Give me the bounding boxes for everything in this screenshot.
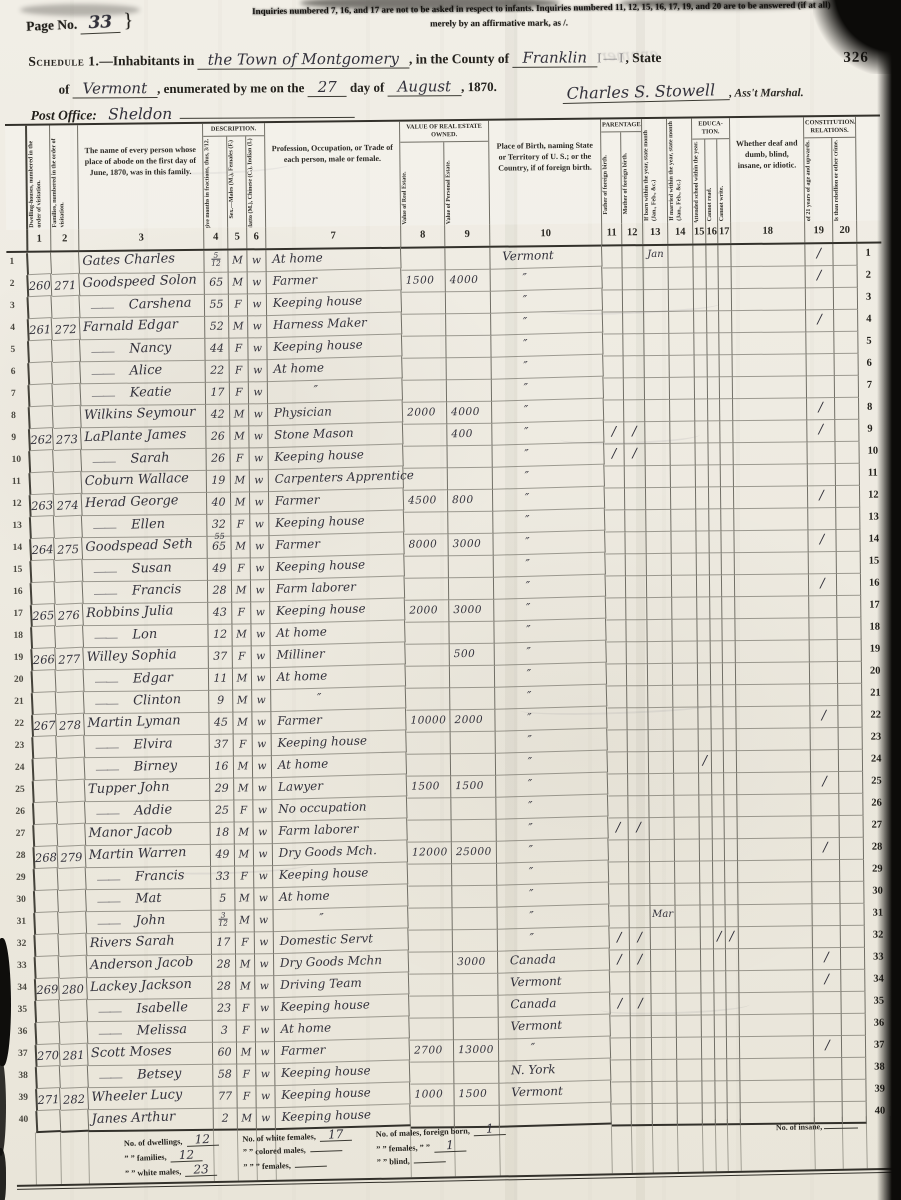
cell-c18 <box>733 442 807 465</box>
cell-real-estate <box>403 380 447 402</box>
cell-c11 <box>605 532 625 554</box>
cell-real-estate: 1000 <box>410 1084 454 1106</box>
line-number-left: 6 <box>8 363 28 385</box>
cell-age: 52 <box>205 317 229 339</box>
footer-column-line <box>61 1132 90 1185</box>
cell-birthplace: ″ <box>496 773 609 798</box>
header-male-citizens-denied: Male Citizens of U. S. of 21 years of ag… <box>832 138 857 222</box>
cell-c16 <box>715 1015 727 1037</box>
cell-name: ——Elvira <box>85 735 210 758</box>
cell-c14 <box>674 752 699 774</box>
cell-color: w <box>255 954 274 976</box>
cell-c14 <box>674 730 699 752</box>
person-name: Edgar <box>133 668 174 686</box>
cell-c18 <box>733 376 807 399</box>
cell-c15 <box>699 729 712 751</box>
column-number: 7 <box>266 226 401 248</box>
cell-c18 <box>732 288 806 311</box>
fraction-bottom: 12 <box>218 920 228 927</box>
cell-c20 <box>837 552 861 574</box>
cell-personal-estate <box>449 556 494 578</box>
cell-birthplace: ″ <box>494 641 607 666</box>
cell-c16 <box>711 707 723 729</box>
cell-c18 <box>735 596 809 619</box>
cell-c15 <box>702 1081 715 1103</box>
cell-color: w <box>255 976 274 998</box>
cell-c17 <box>723 663 736 685</box>
header-occupation: Profession, Occupation, or Trade of each… <box>265 122 401 227</box>
cell-family: 281 <box>60 1044 89 1067</box>
cell-c18 <box>732 310 806 333</box>
census-table: Dwelling-houses, numbered in the order o… <box>5 115 891 1187</box>
cell-c20 <box>836 530 860 552</box>
cell-name: ——Betsey <box>88 1065 213 1088</box>
cell-c11 <box>604 400 624 422</box>
cell-c18 <box>739 992 813 1015</box>
cell-personal-estate: 4000 <box>446 270 491 292</box>
cell-family <box>56 692 85 715</box>
cell-c11 <box>611 1060 631 1082</box>
cell-c12 <box>623 290 644 312</box>
county-scribble: I—I <box>597 50 626 65</box>
person-name: Isabelle <box>136 998 188 1017</box>
cell-c12 <box>629 862 650 884</box>
header-attended-school: Attended school within the year. <box>692 139 706 222</box>
cell-sex: F <box>237 1020 256 1042</box>
month-value: August <box>388 77 462 96</box>
header-father-foreign: Father of foreign birth. <box>601 132 622 223</box>
cell-color: w <box>253 800 272 822</box>
cell-c14 <box>669 268 694 290</box>
age-value: 49 <box>212 559 226 575</box>
line-number-left: 22 <box>11 715 31 737</box>
cell-age: 23 <box>212 999 236 1021</box>
person-name: Clinton <box>133 690 182 709</box>
cell-c16 <box>715 1081 727 1103</box>
person-name: Farnald Edgar <box>83 315 178 335</box>
person-name: Carshena <box>129 294 192 313</box>
cell-c11 <box>608 774 628 796</box>
line-number-left: 12 <box>9 495 29 517</box>
person-name: Addie <box>134 800 172 818</box>
cell-c20 <box>839 794 863 816</box>
cell-c18 <box>738 816 812 839</box>
cell-c17 <box>725 817 738 839</box>
cell-c17 <box>718 245 731 267</box>
cell-dwelling <box>31 736 57 759</box>
cell-name: Coburn Wallace <box>82 471 207 494</box>
person-name: Anderson Jacob <box>90 953 194 973</box>
family-dash: —— <box>89 890 119 909</box>
cell-name: ——Edgar <box>84 669 209 692</box>
cell-dwelling: 268 <box>32 846 58 869</box>
cell-c15 <box>693 245 706 267</box>
cell-birthplace: ″ <box>492 399 605 424</box>
cell-name: ——Francis <box>86 867 211 890</box>
age-fraction: 512 <box>211 252 221 267</box>
cell-c14 <box>677 1016 702 1038</box>
header-personal-estate: Value of Personal Estate. <box>444 141 490 225</box>
cell-c11 <box>603 268 623 290</box>
cell-age: 49 <box>208 559 232 581</box>
page-header: Inquiries numbered 7, 16, and 17 are not… <box>0 0 901 124</box>
person-name: Willey Sophia <box>86 645 177 665</box>
cell-c12 <box>626 576 647 598</box>
page-number: Page No. 33 } <box>26 9 134 36</box>
cell-c15 <box>697 597 710 619</box>
cell-real-estate <box>405 556 449 578</box>
footer-stat-value: 12 <box>170 1149 202 1162</box>
cell-c16 <box>711 663 723 685</box>
family-dash: —— <box>85 516 115 535</box>
cell-dwelling <box>35 1066 61 1089</box>
cell-age: 17 <box>206 383 230 405</box>
cell-family: 278 <box>56 714 85 737</box>
cell-dwelling <box>27 340 53 363</box>
cell-c15 <box>696 509 709 531</box>
cell-c19 <box>811 794 839 816</box>
line-number-left: 39 <box>15 1089 35 1111</box>
cell-c19 <box>814 1058 842 1080</box>
cell-name: ——Clinton <box>84 691 209 714</box>
cell-c13 <box>650 840 675 862</box>
cell-c18 <box>738 838 812 861</box>
column-number: 20 <box>833 221 857 242</box>
line-number-left: 24 <box>12 759 32 781</box>
cell-c13 <box>650 884 675 906</box>
scan-blot-left <box>0 1148 6 1200</box>
family-dash: —— <box>84 362 114 381</box>
cell-c13 <box>647 554 672 576</box>
cell-birthplace: ″ <box>493 487 606 512</box>
cell-birthplace: ″ <box>495 707 608 732</box>
cell-dwelling: 271 <box>35 1088 61 1111</box>
cell-c19: / <box>807 398 835 420</box>
column-number: 11 <box>602 223 622 244</box>
cell-name: Anderson Jacob <box>87 955 212 978</box>
header-birthplace: Place of Birth, naming State or Territor… <box>489 120 602 225</box>
cell-c19 <box>806 288 834 310</box>
cell-c12 <box>626 598 647 620</box>
cell-c11: / <box>610 950 630 972</box>
column-number: 5 <box>228 227 247 248</box>
cell-c12 <box>631 1060 652 1082</box>
cell-sex: M <box>238 1108 257 1130</box>
cell-c18 <box>740 1058 814 1081</box>
cell-c14 <box>670 356 695 378</box>
day-value: 27 <box>308 78 347 97</box>
cell-dwelling: 265 <box>30 604 56 627</box>
person-name: Nancy <box>129 338 172 356</box>
cell-dwelling <box>32 780 58 803</box>
column-number: 17 <box>718 222 731 243</box>
age-value: 5 <box>219 889 226 905</box>
person-name: Lackey Jackson <box>90 975 192 995</box>
cell-c19: / <box>805 244 833 266</box>
cell-c16 <box>712 729 724 751</box>
cell-c16 <box>715 1037 727 1059</box>
column-number: 1 <box>26 230 51 251</box>
cell-family: 273 <box>53 428 82 451</box>
cell-age: 312 <box>212 911 236 933</box>
cell-family <box>58 934 87 957</box>
cell-c18 <box>739 948 813 971</box>
line-number-left: 5 <box>7 341 27 363</box>
cell-c18 <box>734 508 808 531</box>
cell-age: 28 <box>212 955 236 977</box>
cell-family <box>56 670 85 693</box>
cell-c17 <box>723 707 736 729</box>
cell-age: 9 <box>209 691 233 713</box>
cell-sex: M <box>230 404 249 426</box>
column-number: 4 <box>204 228 228 249</box>
cell-personal-estate <box>451 798 496 820</box>
cell-personal-estate: 400 <box>447 424 492 446</box>
footer-stat-value: 1 <box>434 1140 466 1153</box>
cell-c20 <box>838 640 862 662</box>
age-value: 12 <box>213 625 227 641</box>
cell-c16 <box>713 861 725 883</box>
cell-family: 280 <box>59 978 88 1001</box>
cell-c12 <box>624 356 645 378</box>
header-married-month: If married within the year, state month … <box>667 119 693 223</box>
cell-c16 <box>707 267 719 289</box>
cell-dwelling: 262 <box>28 428 54 451</box>
cell-c12: / <box>624 422 645 444</box>
person-name: Scott Moses <box>91 1042 172 1062</box>
cell-c20 <box>833 244 857 266</box>
line-number-left: 36 <box>15 1023 35 1045</box>
cell-c17 <box>719 311 732 333</box>
cell-family <box>58 890 87 913</box>
footer-stat-value: 1 <box>474 1123 506 1136</box>
cell-c11: / <box>610 994 630 1016</box>
cell-c16 <box>709 487 721 509</box>
cell-age: 26 <box>207 449 231 471</box>
cell-c11 <box>606 598 626 620</box>
cell-c15 <box>701 927 714 949</box>
cell-c13 <box>652 1016 677 1038</box>
cell-c14 <box>674 774 699 796</box>
cell-birthplace: ″ <box>495 729 608 754</box>
day-of-text: day of <box>350 80 384 95</box>
cell-family <box>57 780 86 803</box>
cell-c12 <box>624 400 645 422</box>
cell-c14 <box>675 818 700 840</box>
cell-c14 <box>677 1060 702 1082</box>
person-name: Elvira <box>133 734 173 752</box>
cell-c15: / <box>699 751 712 773</box>
cell-c11 <box>605 488 625 510</box>
cell-c19 <box>812 882 840 904</box>
cell-c15 <box>698 663 711 685</box>
cell-c16 <box>713 817 725 839</box>
person-name: Ellen <box>131 515 165 533</box>
footer-stat-label: No. of dwellings, <box>124 1137 183 1148</box>
cell-c19 <box>807 442 835 464</box>
age-value: 55 <box>209 295 223 311</box>
line-number-left: 9 <box>8 429 28 451</box>
age-value: 18 <box>215 823 229 839</box>
age-value: 58 <box>218 1065 232 1081</box>
cell-c11: / <box>609 818 629 840</box>
cell-c17 <box>726 949 739 971</box>
cell-c13 <box>644 334 669 356</box>
cell-age: 25 <box>210 801 234 823</box>
line-number-left: 21 <box>11 693 31 715</box>
cell-c14 <box>669 290 694 312</box>
cell-c13 <box>646 488 671 510</box>
cell-personal-estate <box>446 336 491 358</box>
cell-c12 <box>623 268 644 290</box>
cell-real-estate: 2700 <box>410 1040 454 1062</box>
cell-c12 <box>628 796 649 818</box>
footer-column-line <box>500 1121 613 1175</box>
cell-personal-estate: 3000 <box>448 534 493 556</box>
cell-color: w <box>251 580 270 602</box>
cell-c20 <box>840 904 864 926</box>
cell-birthplace: ″ <box>494 575 607 600</box>
person-name: Birney <box>134 756 178 774</box>
cell-color: w <box>250 470 269 492</box>
cell-c13 <box>651 972 676 994</box>
age-value: 26 <box>211 449 225 465</box>
cell-name: Wilkins Seymour <box>81 405 206 428</box>
cell-c12 <box>631 1016 652 1038</box>
cell-c15 <box>696 487 709 509</box>
cell-c14 <box>676 972 701 994</box>
person-name: Martin Warren <box>88 843 186 863</box>
cell-sex: M <box>228 250 247 272</box>
cell-color: w <box>249 360 268 382</box>
cell-sex: F <box>232 558 251 580</box>
cell-c17 <box>720 377 733 399</box>
margin-spacer <box>6 230 26 251</box>
column-number: 2 <box>51 229 79 250</box>
page-no-value: 33 <box>80 12 120 35</box>
cell-c13 <box>646 444 671 466</box>
cell-sex: F <box>237 1064 256 1086</box>
cell-color: w <box>255 910 274 932</box>
age-value: 25 <box>215 801 229 817</box>
cell-c15 <box>696 465 709 487</box>
marshal-label: , Ass't Marshal. <box>729 87 803 99</box>
cell-c14 <box>673 708 698 730</box>
cell-age: 5565 <box>207 537 231 559</box>
cell-c13 <box>649 752 674 774</box>
person-name: Tupper John <box>88 778 170 798</box>
age-value: 29 <box>215 779 229 795</box>
person-name: Lon <box>132 625 157 643</box>
cell-c19: / <box>810 706 838 728</box>
cell-c19: / <box>806 310 834 332</box>
cell-real-estate <box>409 952 453 974</box>
cell-c17 <box>719 289 732 311</box>
cell-c19: / <box>807 420 835 442</box>
cell-real-estate <box>404 512 448 534</box>
person-name: LaPlante James <box>84 425 187 445</box>
cell-family: 279 <box>57 846 86 869</box>
cell-real-estate <box>409 908 453 930</box>
family-dash: —— <box>84 384 114 403</box>
cell-c19 <box>807 376 835 398</box>
column-number: 3 <box>79 228 204 250</box>
cell-name: ——Francis <box>83 581 208 604</box>
cell-name: ——Melissa <box>88 1021 213 1044</box>
cell-c20 <box>836 464 860 486</box>
cell-c11 <box>605 466 625 488</box>
cell-dwelling <box>35 1110 61 1133</box>
cell-c16 <box>712 751 724 773</box>
cell-c12: / <box>630 950 651 972</box>
cell-color: w <box>252 646 271 668</box>
cell-c12 <box>627 708 648 730</box>
group-parentage: PARENTAGE. Father of foreign birth. Moth… <box>601 119 643 223</box>
cell-family <box>52 340 81 363</box>
age-value: 37 <box>213 647 227 663</box>
age-value: 43 <box>213 603 227 619</box>
cell-c20 <box>841 992 865 1014</box>
cell-color: w <box>252 668 271 690</box>
cell-c19 <box>808 464 836 486</box>
cell-c16 <box>710 553 722 575</box>
cell-name: Martin Lyman <box>84 713 209 736</box>
cell-c13 <box>646 532 671 554</box>
person-name: Betsey <box>137 1064 182 1082</box>
cell-c11 <box>609 840 629 862</box>
person-name: Keatie <box>129 382 171 400</box>
cell-c16 <box>710 619 722 641</box>
footer-column-line <box>703 1119 717 1171</box>
cell-personal-estate <box>449 578 494 600</box>
column-number: 13 <box>643 223 668 244</box>
cell-birthplace: ″ <box>493 553 606 578</box>
cell-sex: M <box>236 976 255 998</box>
cell-color: w <box>249 426 268 448</box>
cell-c13 <box>645 356 670 378</box>
cell-age: 37 <box>210 735 234 757</box>
age-value: 17 <box>216 933 230 949</box>
cell-c19: / <box>808 486 836 508</box>
cell-c17 <box>725 905 738 927</box>
cell-color: w <box>250 448 269 470</box>
cell-personal-estate: 3000 <box>453 952 498 974</box>
cell-c16 <box>714 949 726 971</box>
line-number-left: 16 <box>10 583 30 605</box>
cell-dwelling <box>32 824 58 847</box>
cell-name: ——John <box>87 911 212 934</box>
cell-personal-estate <box>448 512 493 534</box>
cell-c16 <box>708 377 720 399</box>
footer-column-line <box>612 1121 633 1173</box>
cell-sex: M <box>232 624 251 646</box>
cell-c19 <box>812 904 840 926</box>
cell-c14 <box>672 598 697 620</box>
cell-c12: / <box>630 928 651 950</box>
cell-personal-estate <box>446 314 491 336</box>
cell-c15 <box>694 333 707 355</box>
family-dash: —— <box>90 1000 120 1019</box>
cell-c11 <box>607 686 627 708</box>
cell-color: w <box>254 822 273 844</box>
age-value: 17 <box>210 383 224 399</box>
cell-family: 274 <box>54 494 83 517</box>
cell-c12 <box>628 774 649 796</box>
column-number: 12 <box>622 223 643 244</box>
cell-sex: M <box>233 668 252 690</box>
place-value: the Town of Montgomery <box>198 50 409 70</box>
cell-c13 <box>646 510 671 532</box>
